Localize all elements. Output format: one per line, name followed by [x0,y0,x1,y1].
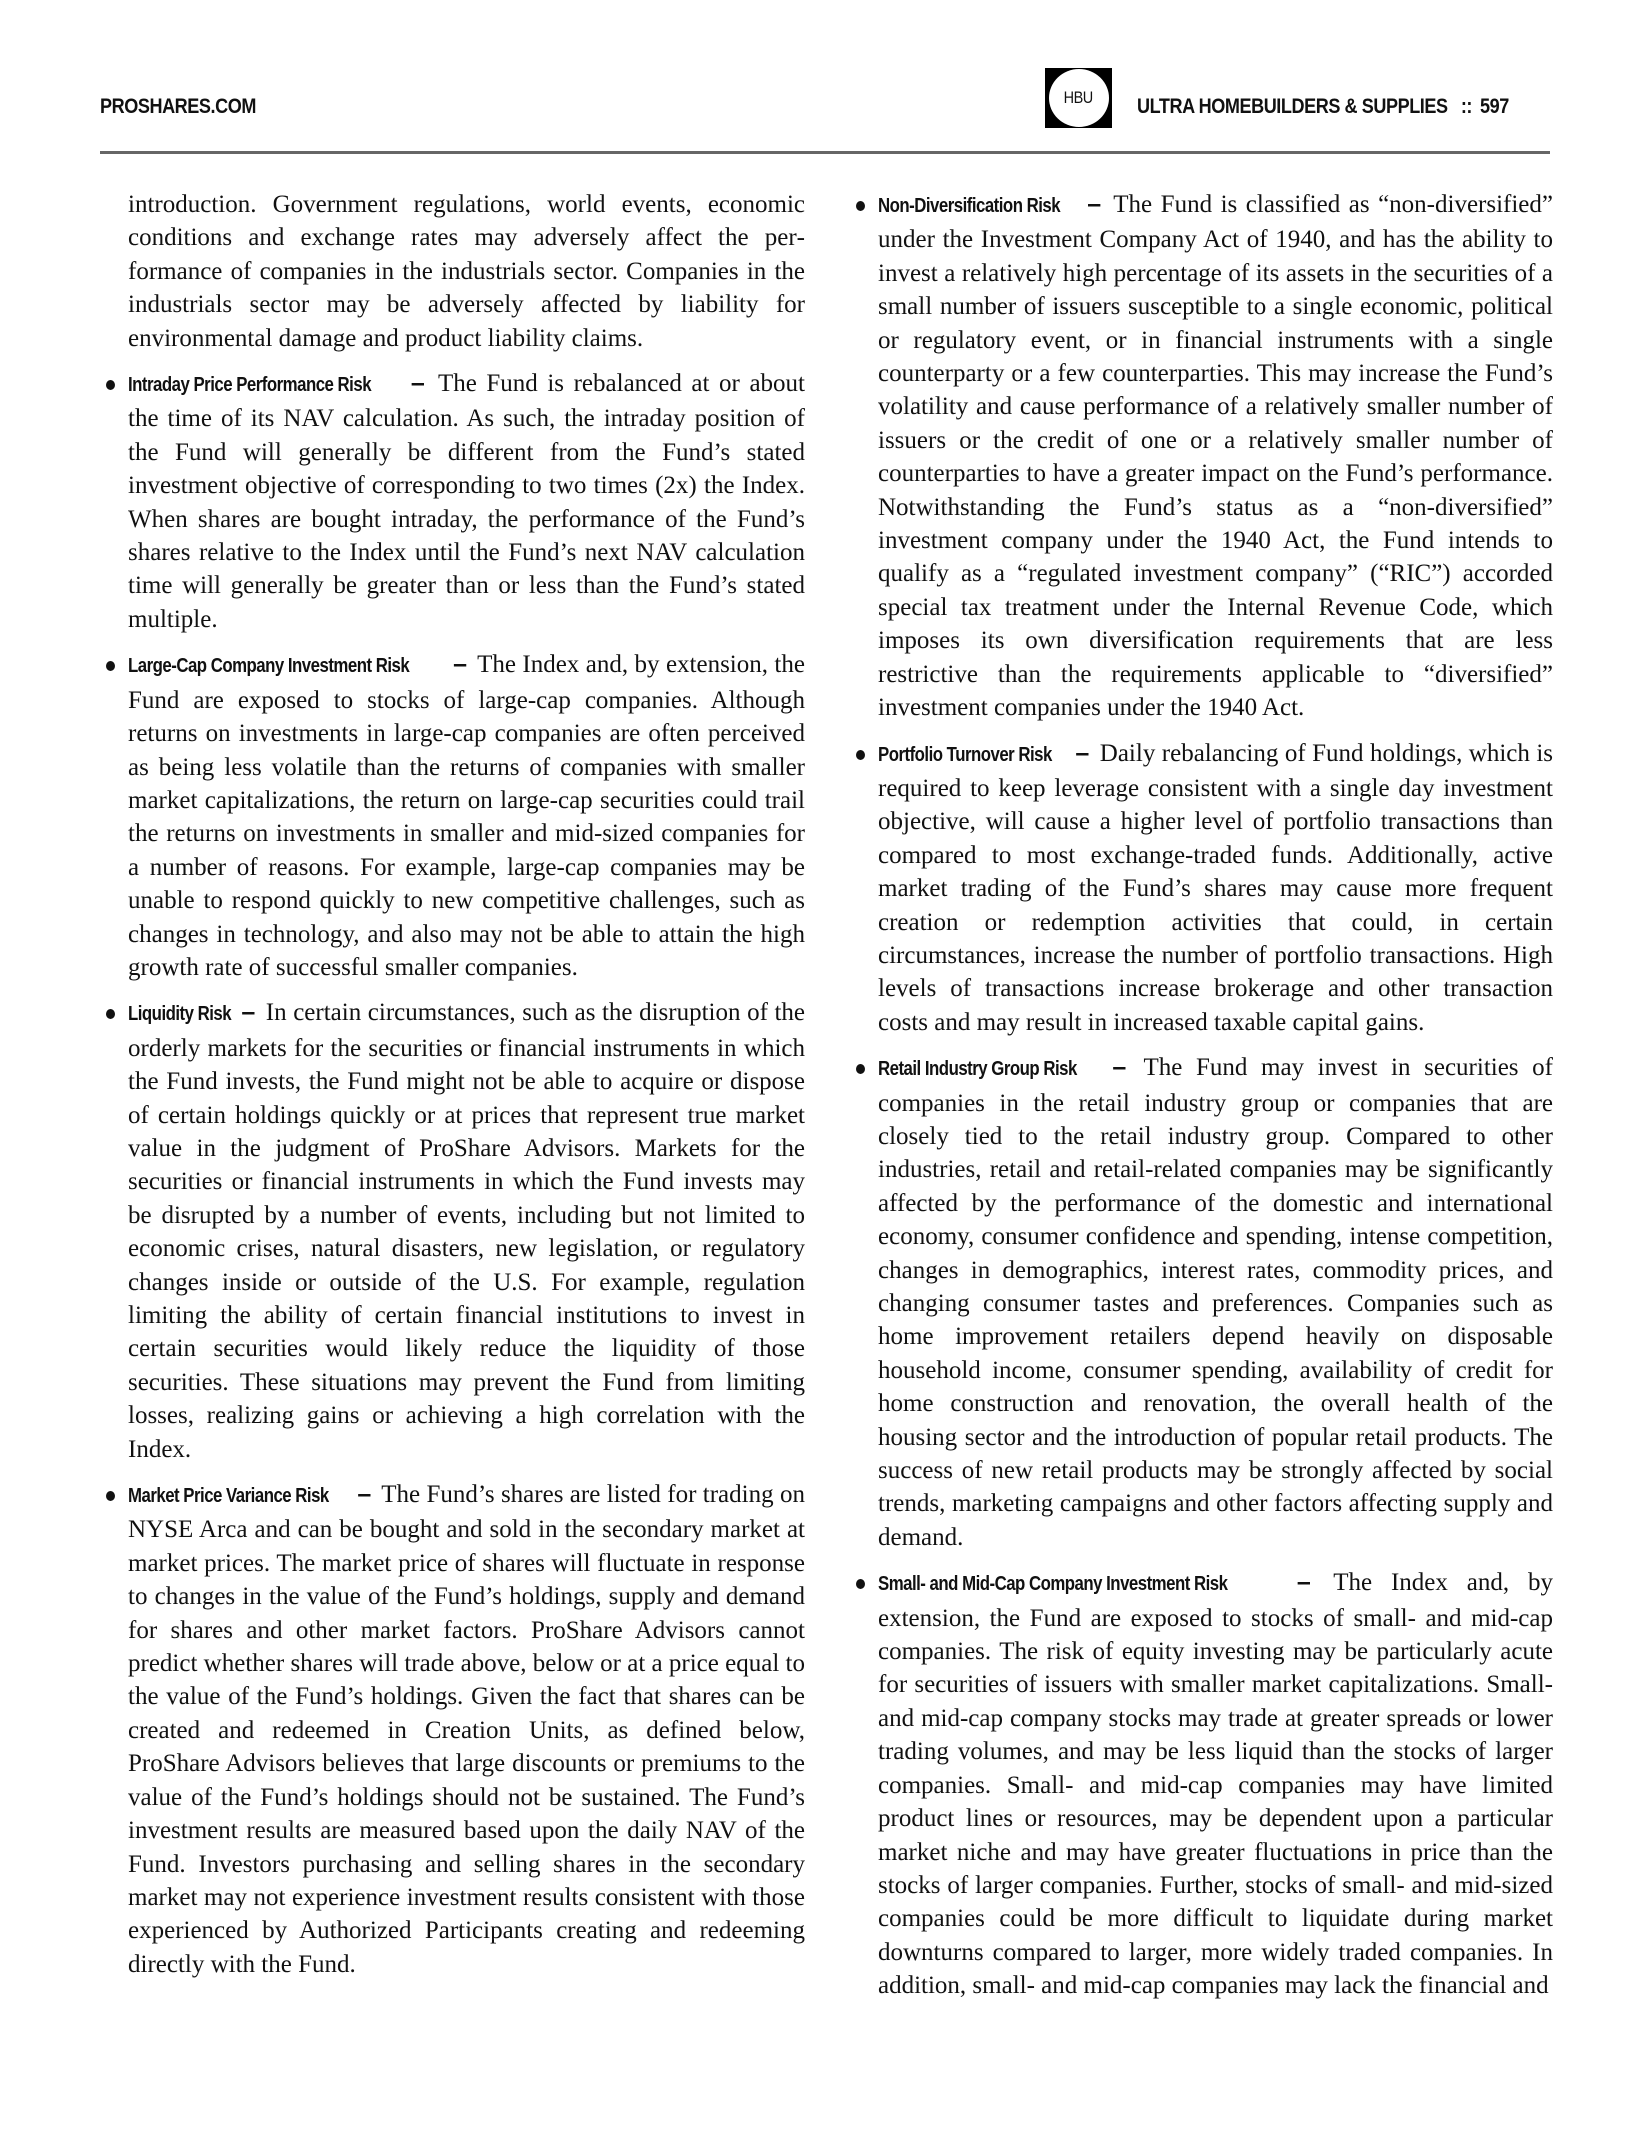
risk-term: Large-Cap Company Investment Risk [128,650,409,683]
bullet-icon [856,750,865,760]
dash: – [1112,1053,1126,1081]
risk-item-portfolio-turnover: Portfolio Turnover Risk – Daily rebalanc… [878,737,1553,1040]
risk-item-intraday-price-performance: Intraday Price Performance Risk – The Fu… [128,367,805,636]
risk-item-liquidity: Liquidity Risk – In certain circumstance… [128,996,805,1466]
dash: – [241,998,255,1026]
dash: – [411,369,425,397]
risk-item-retail-industry-group: Retail Industry Group Risk – The Fund ma… [878,1051,1553,1554]
risk-text: The Fund is rebalanced at or about the t… [128,370,805,633]
right-column: Non-Diversification Risk – The Fund is c… [878,188,1553,2015]
page-number: 597 [1480,95,1509,118]
risk-item-large-cap: Large-Cap Company Investment Risk – The … [128,648,805,984]
risk-term: Portfolio Turnover Risk [878,739,1052,772]
dash: – [453,650,467,678]
bullet-icon [106,661,115,671]
left-column: introduction. Government regulations, wo… [128,188,805,1993]
fund-logo-icon: HBU [1045,68,1112,128]
risk-text: The Fund may invest in securities of com… [878,1054,1553,1551]
risk-term: Non-Diversification Risk [878,190,1060,223]
risk-text: The Index and, by extension, the Fund ar… [128,651,805,981]
bullet-icon [106,380,115,390]
dash: – [1087,190,1101,218]
header-separator: :: [1461,95,1472,118]
dash: – [357,1480,371,1508]
intro-paragraph: introduction. Government regulations, wo… [128,188,805,355]
risk-text: Daily rebalancing of Fund holdings, whic… [878,740,1553,1036]
bullet-icon [106,1491,115,1501]
risk-term: Retail Industry Group Risk [878,1053,1077,1086]
dash: – [1075,739,1089,767]
running-header: ULTRA HOMEBUILDERS & SUPPLIES :: 597 [1137,95,1491,119]
risk-term: Market Price Variance Risk [128,1480,329,1513]
dash: – [1297,1568,1311,1596]
risk-term: Small- and Mid-Cap Company Investment Ri… [878,1568,1227,1601]
risk-text: In certain circumstances, such as the di… [128,999,805,1462]
logo-circle: HBU [1049,69,1109,127]
risk-text: The Index and, by extension, the Fund ar… [878,1569,1553,1999]
risk-item-market-price-variance: Market Price Variance Risk – The Fund’s … [128,1478,805,1981]
bullet-icon [856,1579,865,1589]
header-divider [100,151,1550,154]
fund-name: ULTRA HOMEBUILDERS & SUPPLIES [1137,95,1448,118]
risk-item-non-diversification: Non-Diversification Risk – The Fund is c… [878,188,1553,725]
risk-term: Intraday Price Performance Risk [128,369,371,402]
bullet-icon [106,1009,115,1019]
logo-ticker: HBU [1064,88,1093,108]
bullet-icon [856,1064,865,1074]
risk-item-small-mid-cap: Small- and Mid-Cap Company Investment Ri… [878,1566,1553,2002]
bullet-icon [856,201,865,211]
risk-text: The Fund is classified as “non-diversifi… [878,191,1553,721]
site-name: PROSHARES.COM [100,95,256,119]
risk-text: The Fund’s shares are listed for trad­in… [128,1481,805,1978]
risk-term: Liquidity Risk [128,998,231,1031]
